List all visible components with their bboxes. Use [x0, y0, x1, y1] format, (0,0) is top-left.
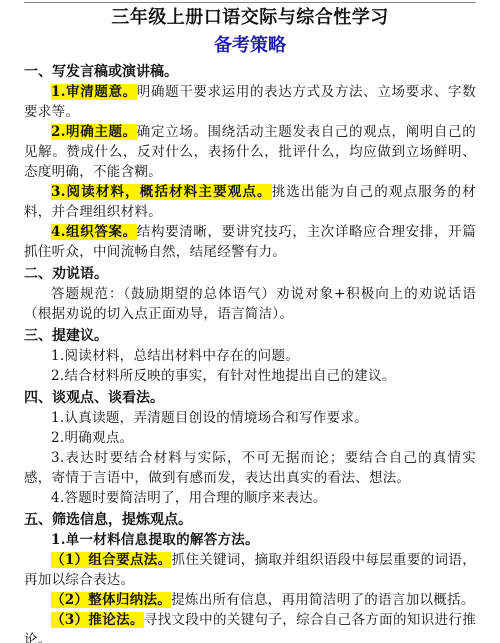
paragraph: 1.审清题意。明确题干要求运用的表达方式及方法、立场要求、字数要求等。 [24, 82, 476, 122]
paragraph: 2.结合材料所反映的事实，有针对性地提出自己的建议。 [24, 366, 476, 386]
paragraph: （3）推论法。寻找文段中的关键句子，综合自己各方面的知识进行推论。 [24, 610, 476, 643]
page-title: 三年级上册口语交际与综合性学习 [24, 4, 476, 32]
section-heading-5: 五、筛选信息，提炼观点。 [24, 510, 476, 530]
highlighted-label: （2）整体归纳法。 [51, 592, 171, 608]
paragraph: （1）组合要点法。抓住关键词，摘取并组织语段中每层重要的词语，再加以综合表达。 [24, 550, 476, 590]
highlighted-label: 1.审清题意。 [51, 84, 137, 100]
paragraph: 3.表达时要结合材料与实际，不可无据而论；要结合自己的真情实感，寄情于言语中，做… [24, 448, 476, 488]
subheading: 1.单一材料信息提取的解答方法。 [24, 530, 476, 550]
paragraph: （2）整体归纳法。提炼出所有信息，再用简洁明了的语言加以概括。 [24, 590, 476, 610]
paragraph: 4.组织答案。结构要清晰，要讲究技巧，主次详略应合理安排，开篇抓住听众，中间流畅… [24, 222, 476, 262]
highlighted-label: （3）推论法。 [51, 612, 144, 628]
paragraph: 2.明确主题。确定立场。围绕活动主题发表自己的观点，阐明自己的见解。赞成什么，反… [24, 122, 476, 182]
paragraph: 1.阅读材料，总结出材料中存在的问题。 [24, 346, 476, 366]
document-page: 三年级上册口语交际与综合性学习 备考策略 一、写发言稿或演讲稿。 1.审清题意。… [24, 4, 476, 643]
highlighted-label: 4.组织答案。 [51, 224, 137, 240]
section-heading-4: 四、谈观点、谈看法。 [24, 388, 476, 408]
paragraph: 2.明确观点。 [24, 428, 476, 448]
paragraph: 3.阅读材料，概括材料主要观点。挑选出能为自己的观点服务的材料，并合理组织材料。 [24, 182, 476, 222]
highlighted-label: 3.阅读材料，概括材料主要观点。 [51, 184, 272, 200]
section-heading-1: 一、写发言稿或演讲稿。 [24, 62, 476, 82]
highlighted-label: （1）组合要点法。 [51, 552, 171, 568]
page-subtitle: 备考策略 [24, 32, 476, 60]
paragraph: 4.答题时要简洁明了，用合理的顺序来表达。 [24, 488, 476, 508]
top-rule [24, 2, 476, 3]
paragraph: 1.认真读题，弄清题目创设的情境场合和写作要求。 [24, 408, 476, 428]
paragraph: 答题规范：（鼓励期望的总体语气）劝说对象+积极向上的劝说话语（根据劝说的切入点正… [24, 284, 476, 324]
section-heading-3: 三、提建议。 [24, 326, 476, 346]
highlighted-label: 2.明确主题。 [51, 124, 137, 140]
section-heading-2: 二、劝说语。 [24, 264, 476, 284]
